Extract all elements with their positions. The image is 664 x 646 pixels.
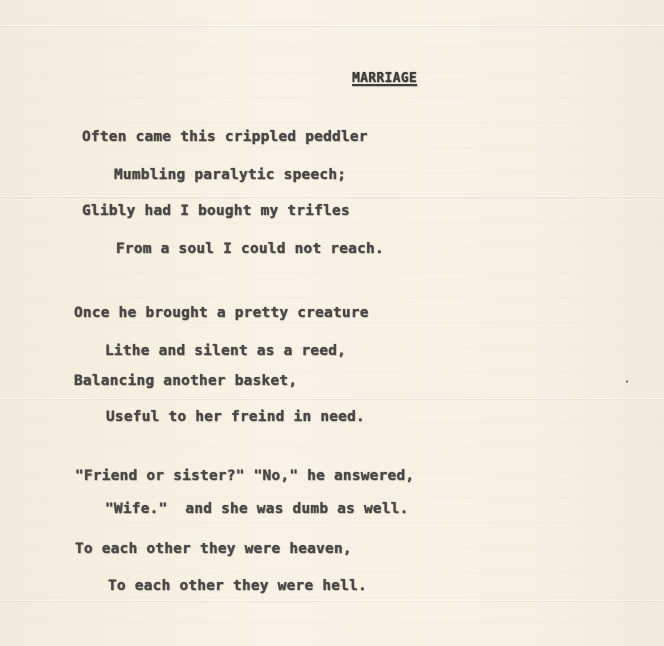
paper-fold-line: [0, 398, 664, 399]
paper-fold-line: [0, 196, 664, 197]
poem-line: Often came this crippled peddler: [82, 128, 368, 146]
poem-line: "Wife." and she was dumb as well.: [105, 500, 409, 518]
poem-line: To each other they were heaven,: [75, 540, 352, 558]
poem-line: Mumbling paralytic speech;: [114, 166, 346, 184]
poem-line: Glibly had I bought my trifles: [82, 202, 350, 220]
paper-fold-line: [0, 600, 664, 601]
paper-speck: [626, 380, 628, 383]
poem-line: Balancing another basket,: [74, 372, 297, 390]
poem-line: To each other they were hell.: [108, 577, 367, 595]
poem-line: Once he brought a pretty creature: [74, 304, 369, 322]
poem-line: Lithe and silent as a reed,: [105, 342, 346, 360]
poem-line: Useful to her freind in need.: [106, 408, 365, 426]
paper-fold-line: [0, 25, 664, 26]
poem-title: MARRIAGE: [352, 70, 417, 88]
poem-line: From a soul I could not reach.: [116, 240, 384, 258]
poem-line: "Friend or sister?" "No," he answered,: [75, 467, 414, 485]
typewritten-page: MARRIAGE Often came this crippled peddle…: [0, 0, 664, 646]
